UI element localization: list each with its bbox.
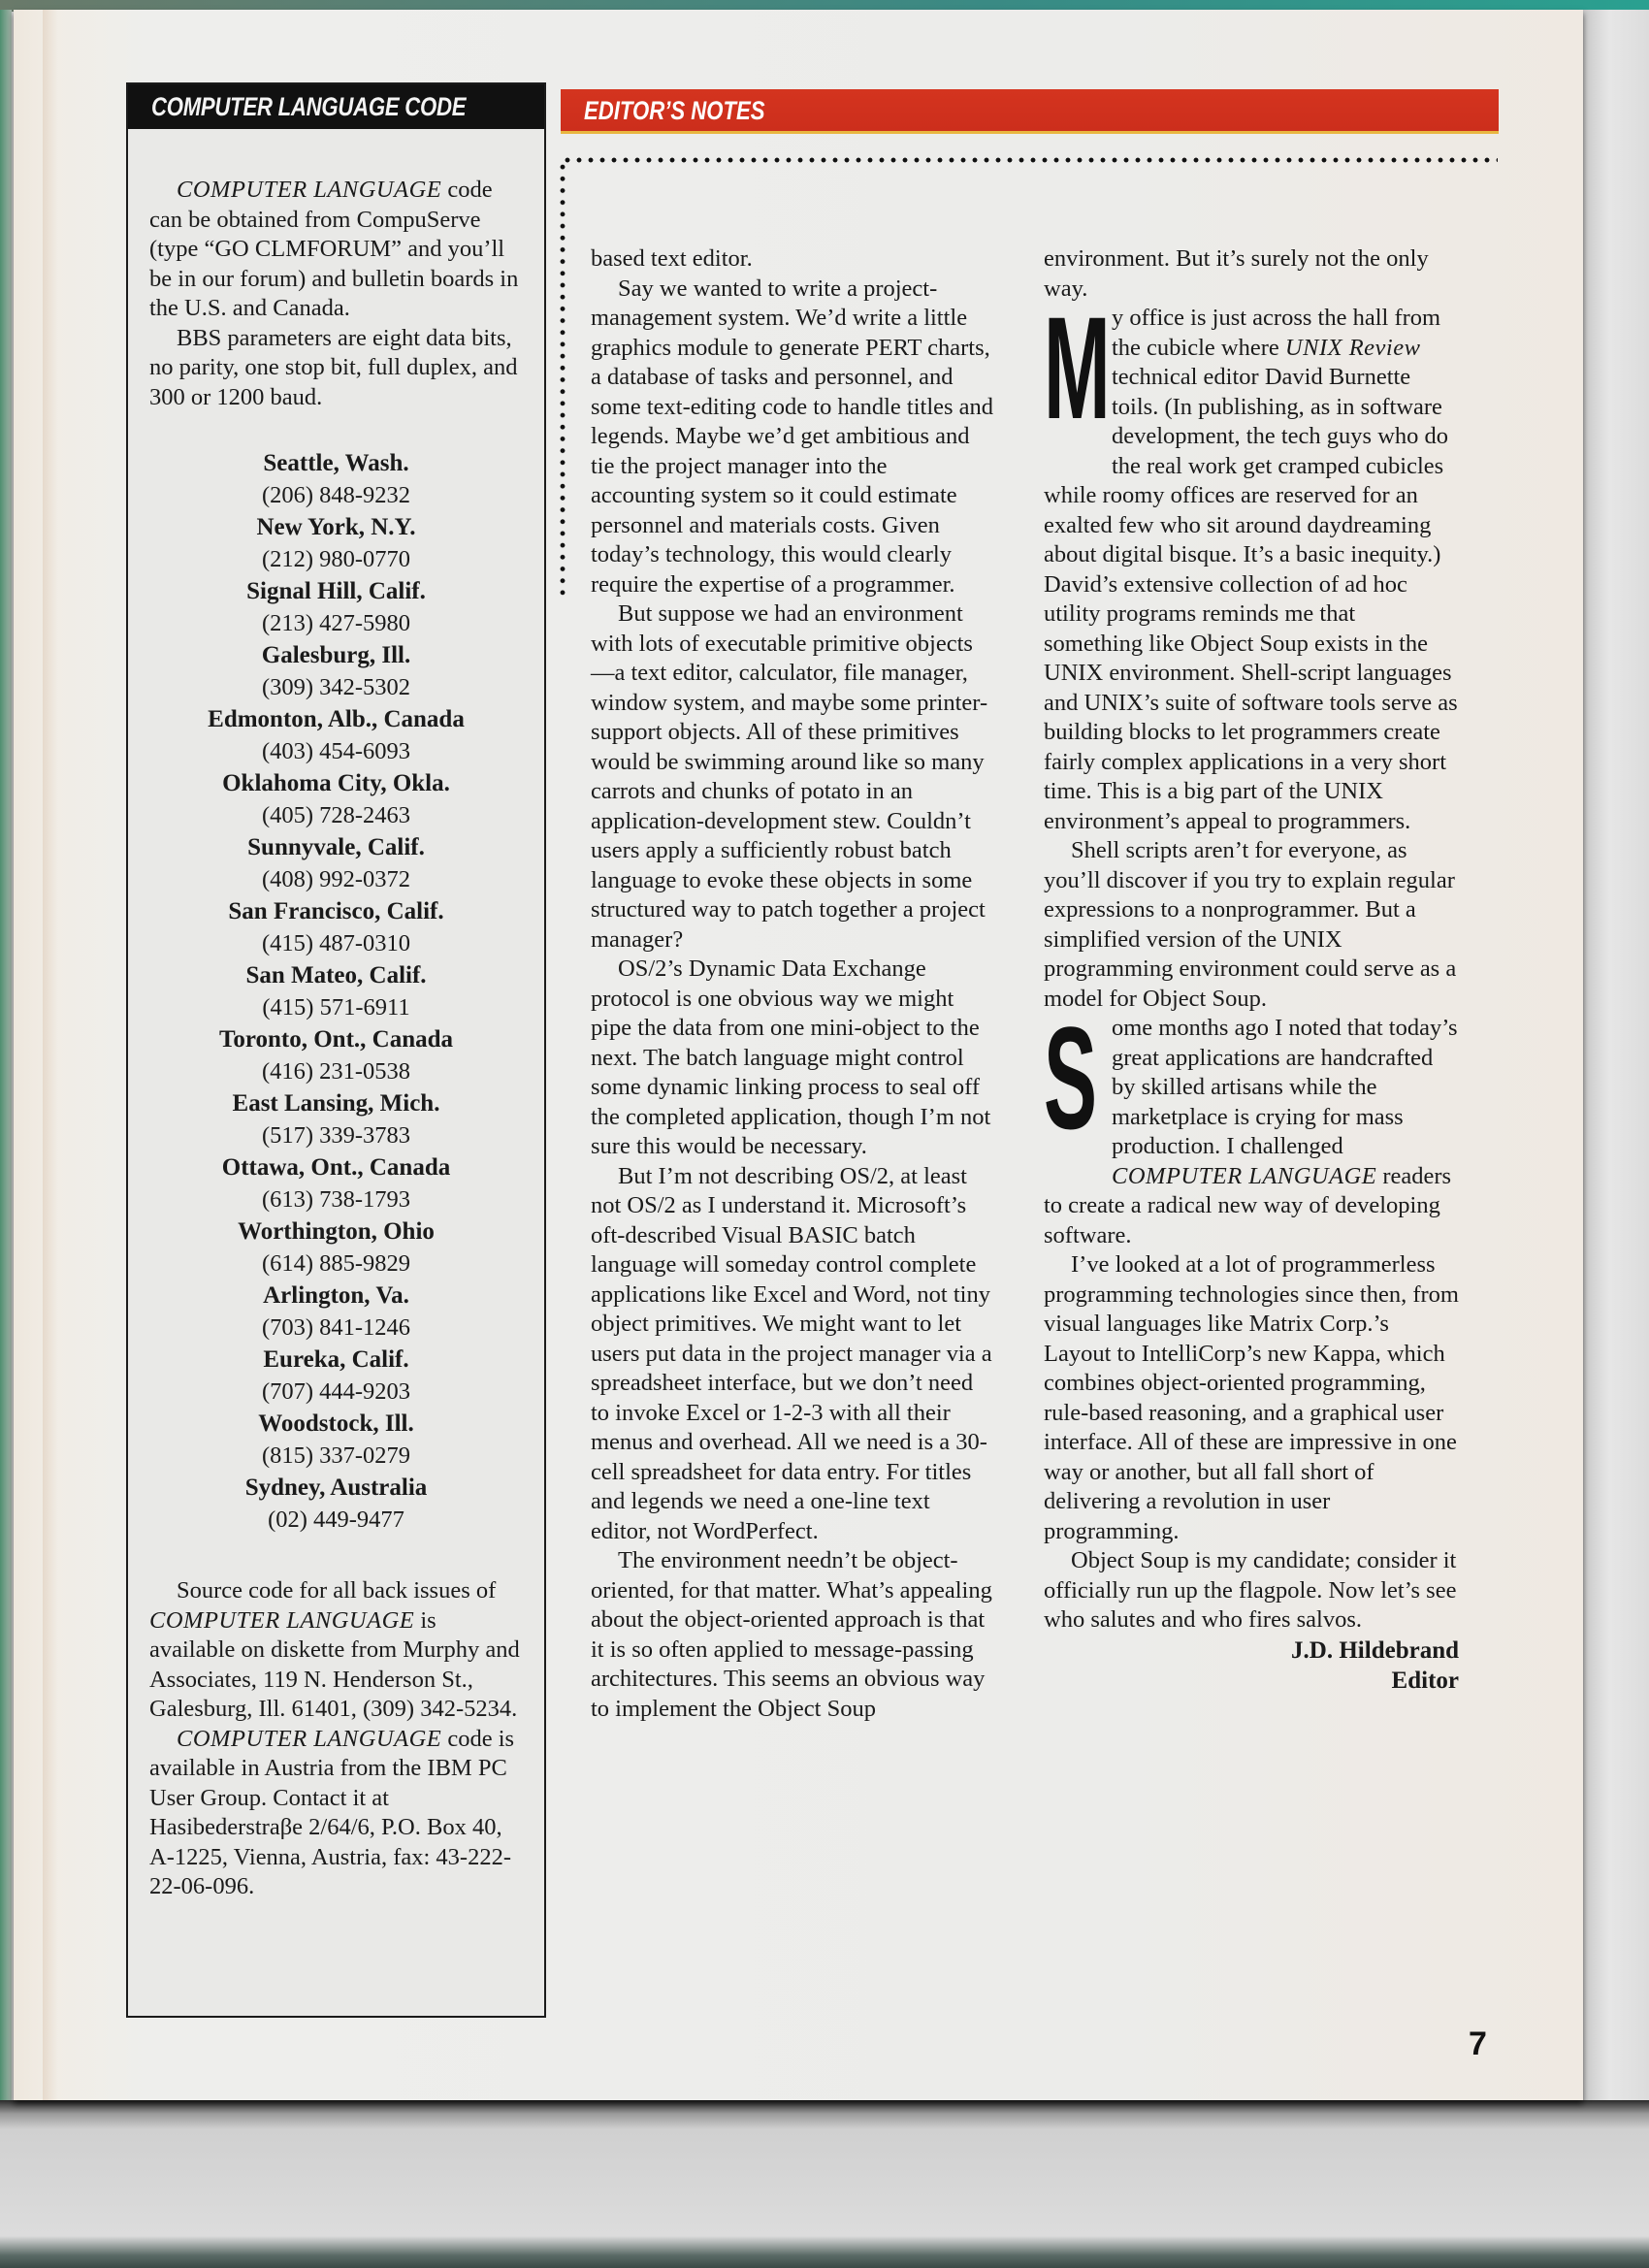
drop-cap-s: S: [1044, 1020, 1077, 1165]
editors-notes-header: EDITOR’S NOTES: [561, 89, 1499, 134]
bbs-city: Toronto, Ont., Canada: [149, 1023, 523, 1055]
article-paragraph: OS/2’s Dynamic Data Exchange protocol is…: [591, 955, 996, 1162]
bbs-parameters-paragraph: BBS parameters are eight data bits, no p…: [149, 324, 523, 413]
scanner-edge-left: [0, 10, 12, 2105]
sidebar-title: COMPUTER LANGUAGE CODE: [128, 84, 544, 129]
bbs-city: Eureka, Calif.: [149, 1344, 523, 1376]
bbs-phone-number: (206) 848-9232: [149, 479, 523, 511]
bbs-city: New York, N.Y.: [149, 511, 523, 543]
article-paragraph: My office is just across the hall from t…: [1044, 304, 1459, 836]
article-paragraph: Object Soup is my candidate; consider it…: [1044, 1546, 1459, 1636]
bbs-city: East Lansing, Mich.: [149, 1087, 523, 1119]
article-paragraph: The environment needn’t be object-orient…: [591, 1546, 996, 1724]
scanner-bed-bottom: [0, 2100, 1649, 2268]
bbs-city: Sunnyvale, Calif.: [149, 831, 523, 863]
bbs-list: Seattle, Wash.(206) 848-9232New York, N.…: [149, 447, 523, 1536]
magazine-page: COMPUTER LANGUAGE CODE COMPUTER LANGUAGE…: [14, 10, 1583, 2100]
publication-name-italic: UNIX Review: [1285, 335, 1421, 361]
bbs-phone-number: (815) 337-0279: [149, 1440, 523, 1472]
austria-paragraph: COMPUTER LANGUAGE code is available in A…: [149, 1725, 523, 1902]
signature-title: Editor: [1044, 1666, 1459, 1696]
bbs-phone-number: (415) 571-6911: [149, 991, 523, 1023]
bbs-city: Galesburg, Ill.: [149, 639, 523, 671]
bbs-phone-number: (02) 449-9477: [149, 1504, 523, 1536]
bbs-city: Woodstock, Ill.: [149, 1408, 523, 1440]
page-number: 7: [1469, 2025, 1487, 2063]
bbs-phone-number: (416) 231-0538: [149, 1055, 523, 1087]
drop-cap-m: M: [1044, 309, 1077, 455]
magazine-name-italic: COMPUTER LANGUAGE: [1112, 1163, 1376, 1189]
bbs-city: Arlington, Va.: [149, 1280, 523, 1312]
sidebar-body: COMPUTER LANGUAGE code can be obtained f…: [128, 129, 544, 1902]
bbs-city: San Mateo, Calif.: [149, 959, 523, 991]
back-issues-text: Source code for all back issues of: [177, 1577, 496, 1604]
magazine-name-italic: COMPUTER LANGUAGE: [149, 1607, 414, 1634]
article-paragraph: Say we wanted to write a project-managem…: [591, 275, 996, 600]
article-paragraph: Shell scripts aren’t for everyone, as yo…: [1044, 836, 1459, 1014]
sidebar-footer: Source code for all back issues of COMPU…: [149, 1576, 523, 1902]
bbs-phone-number: (408) 992-0372: [149, 863, 523, 895]
signature-name: J.D. Hildebrand: [1044, 1636, 1459, 1666]
dotted-rule-horizontal: [562, 157, 1498, 163]
bbs-phone-number: (707) 444-9203: [149, 1376, 523, 1408]
dotted-rule-vertical: [560, 161, 566, 599]
article-paragraph: But I’m not describing OS/2, at least no…: [591, 1162, 996, 1547]
page-fold-shadow: [43, 10, 58, 2100]
bbs-phone-number: (614) 885-9829: [149, 1247, 523, 1280]
article-column-middle: based text editor.Say we wanted to write…: [591, 244, 996, 1724]
bbs-phone-number: (213) 427-5980: [149, 607, 523, 639]
bbs-phone-number: (613) 738-1793: [149, 1183, 523, 1215]
bbs-city: Seattle, Wash.: [149, 447, 523, 479]
magazine-name-italic: COMPUTER LANGUAGE: [177, 1726, 441, 1752]
bbs-phone-number: (212) 980-0770: [149, 543, 523, 575]
article-paragraph: based text editor.: [591, 244, 996, 275]
bbs-city: Worthington, Ohio: [149, 1215, 523, 1247]
bbs-phone-number: (309) 342-5302: [149, 671, 523, 703]
paragraph-text: ome months ago I noted that today’s grea…: [1112, 1015, 1458, 1159]
bbs-city: Sydney, Australia: [149, 1472, 523, 1504]
bbs-city: Oklahoma City, Okla.: [149, 767, 523, 799]
bbs-phone-number: (517) 339-3783: [149, 1119, 523, 1151]
sidebar-intro-paragraph: COMPUTER LANGUAGE code can be obtained f…: [149, 176, 523, 324]
scanner-bed-right: [1583, 10, 1649, 2268]
bbs-phone-number: (415) 487-0310: [149, 927, 523, 959]
bbs-phone-number: (403) 454-6093: [149, 735, 523, 767]
article-paragraph: I’ve looked at a lot of programmerless p…: [1044, 1250, 1459, 1546]
bbs-phone-number: (405) 728-2463: [149, 799, 523, 831]
back-issues-paragraph: Source code for all back issues of COMPU…: [149, 1576, 523, 1725]
bbs-phone-number: (703) 841-1246: [149, 1312, 523, 1344]
editors-notes-title: EDITOR’S NOTES: [584, 89, 765, 132]
article-column-right: environment. But it’s surely not the onl…: [1044, 244, 1459, 1696]
bbs-city: San Francisco, Calif.: [149, 895, 523, 927]
article-paragraph: But suppose we had an environment with l…: [591, 599, 996, 955]
sidebar-computer-language-code: COMPUTER LANGUAGE CODE COMPUTER LANGUAGE…: [126, 82, 546, 2018]
article-paragraph: Some months ago I noted that today’s gre…: [1044, 1014, 1459, 1250]
magazine-name-italic: COMPUTER LANGUAGE: [177, 177, 441, 203]
bbs-city: Signal Hill, Calif.: [149, 575, 523, 607]
sidebar-title-text: COMPUTER LANGUAGE CODE: [151, 84, 466, 129]
bbs-city: Edmonton, Alb., Canada: [149, 703, 523, 735]
bbs-city: Ottawa, Ont., Canada: [149, 1151, 523, 1183]
